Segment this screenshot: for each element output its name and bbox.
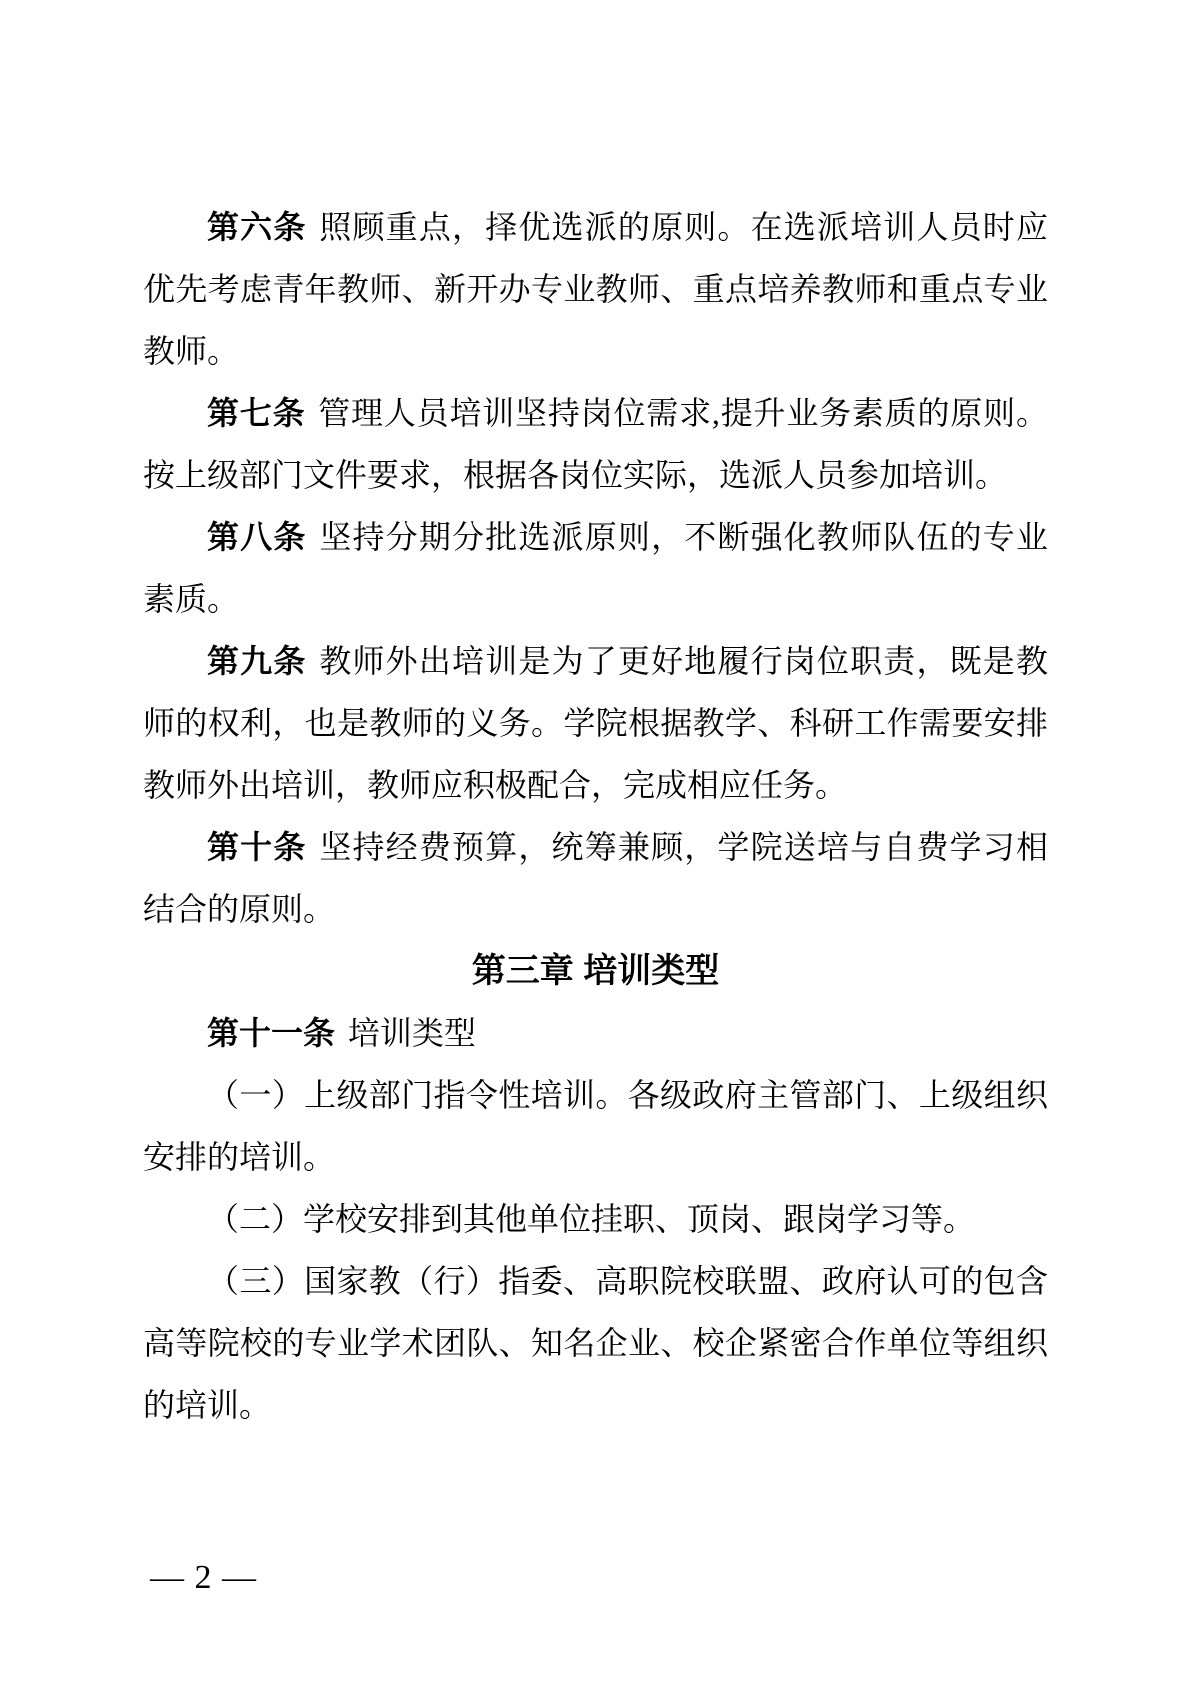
page-number: — 2 — (150, 1556, 257, 1600)
article-11-label: 第十一条 (207, 1015, 335, 1051)
document-body: 第六条照顾重点，择优选派的原则。在选派培训人员时应优先考虑青年教师、新开办专业教… (143, 196, 1048, 1436)
article-11-paragraph: 第十一条培训类型 (143, 1002, 1048, 1064)
article-7-label: 第七条 (207, 395, 305, 431)
article-8-label: 第八条 (207, 519, 307, 555)
article-6-label: 第六条 (207, 209, 307, 245)
article-7-paragraph: 第七条管理人员培训坚持岗位需求,提升业务素质的原则。按上级部门文件要求，根据各岗… (143, 382, 1048, 506)
article-10-label: 第十条 (207, 829, 307, 865)
article-10-paragraph: 第十条坚持经费预算，统筹兼顾，学院送培与自费学习相结合的原则。 (143, 816, 1048, 940)
item-3-paragraph: （三）国家教（行）指委、高职院校联盟、政府认可的包含高等院校的专业学术团队、知名… (143, 1250, 1048, 1436)
article-9-paragraph: 第九条教师外出培训是为了更好地履行岗位职责，既是教师的权利，也是教师的义务。学院… (143, 630, 1048, 816)
document-page: 第六条照顾重点，择优选派的原则。在选派培训人员时应优先考虑青年教师、新开办专业教… (0, 0, 1191, 1684)
article-9-label: 第九条 (207, 643, 307, 679)
chapter-3-heading: 第三章 培训类型 (143, 940, 1048, 1002)
item-1-paragraph: （一）上级部门指令性培训。各级政府主管部门、上级组织安排的培训。 (143, 1064, 1048, 1188)
article-6-paragraph: 第六条照顾重点，择优选派的原则。在选派培训人员时应优先考虑青年教师、新开办专业教… (143, 196, 1048, 382)
article-8-paragraph: 第八条坚持分期分批选派原则，不断强化教师队伍的专业素质。 (143, 506, 1048, 630)
article-11-text: 培训类型 (348, 1015, 476, 1051)
item-2-paragraph: （二）学校安排到其他单位挂职、顶岗、跟岗学习等。 (143, 1188, 1048, 1250)
